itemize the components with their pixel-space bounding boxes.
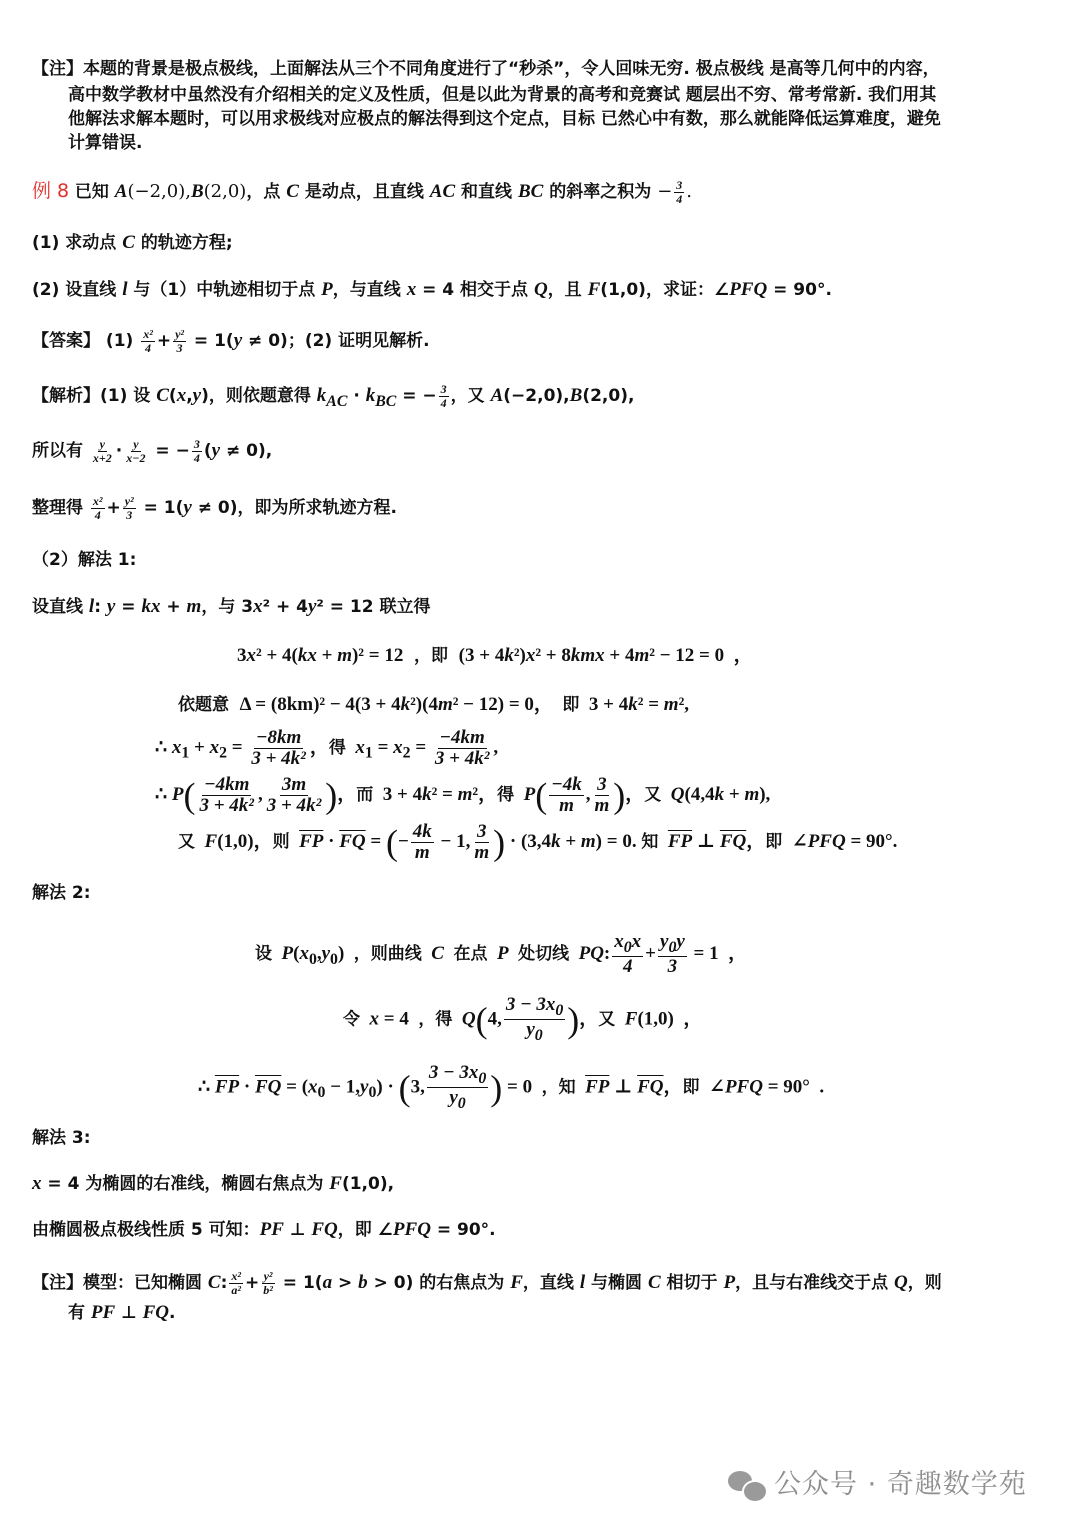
method-1-line-1: 设直线 l: y = kx + m，与 3x² + 4y² = 12 联立得: [32, 594, 430, 620]
method-2-line-2: 令 x = 4 ，得 Q(4,3 − 3x0y0)，又 F(1,0) ，: [343, 995, 702, 1045]
watermark: 公众号 · 奇趣数学苑: [728, 1462, 1027, 1501]
answer-tag: 【答案】: [32, 331, 100, 351]
analysis-line-3: 整理得 x²4+y²3 = 1(y ≠ 0)，即为所求轨迹方程.: [32, 495, 397, 521]
note-line-3: 他解法求解本题时，可以用求极线对应极点的解法得到这个定点，目标 已然心中有数，那…: [68, 106, 941, 132]
example-label: 例 8: [32, 180, 69, 202]
method-2-line-3: ∴ FP · FQ = (x0 − 1,y0) · (3,3 − 3x0y0) …: [198, 1063, 824, 1113]
note-line-2: 高中数学教材中虽然没有介绍相关的定义及性质，但是以此为背景的高考和竞赛试 题层出…: [68, 82, 936, 108]
method-1-line-4: ∴ x1 + x2 = −8km3 + 4k²，得 x1 = x2 = −4km…: [155, 728, 498, 769]
answer-line: 【答案】 (1) x²4+y²3 = 1(y ≠ 0)；(2) 证明见解析.: [32, 328, 430, 354]
analysis-tag: 【解析】: [32, 386, 100, 406]
method-3-title: 解法 3:: [32, 1125, 91, 1151]
method-1-line-6: 又 F(1,0)，则 FP · FQ = (−4km − 1,3m) · (3,…: [178, 822, 897, 863]
wechat-icon: [728, 1471, 766, 1501]
note-tag: 【注】: [32, 59, 83, 79]
question-2: (2) 设直线 l 与（1）中轨迹相切于点 P，与直线 x = 4 相交于点 Q…: [32, 277, 832, 303]
method-3-line-1: x = 4 为椭圆的右准线，椭圆右焦点为 F(1,0),: [32, 1171, 394, 1197]
method-2-line-1: 设 P(x0,y0) ，则曲线 C 在点 P 处切线 PQ:x0x4+y0y3 …: [255, 932, 747, 977]
question-1: (1) 求动点 C 的轨迹方程;: [32, 230, 233, 256]
note-2-line-2: 有 PF ⊥ FQ.: [68, 1300, 175, 1326]
method-1-line-2: 3x² + 4(kx + m)² = 12 ，即 (3 + 4k²)x² + 8…: [237, 643, 753, 669]
method-1-line-5: ∴ P(−4km3 + 4k²,3m3 + 4k²)，而 3 + 4k² = m…: [155, 775, 770, 816]
method-3-line-2: 由椭圆极点极线性质 5 可知：PF ⊥ FQ，即 ∠PFQ = 90°.: [32, 1217, 496, 1243]
note-2-tag: 【注】: [32, 1273, 83, 1293]
note-2-line-1: 【注】模型：已知椭圆 C:x²a²+y²b² = 1(a > b > 0) 的右…: [32, 1270, 942, 1296]
example-statement: 例 8 已知 A(−2,0),B(2,0)，点 C 是动点，且直线 AC 和直线…: [32, 178, 692, 205]
analysis-line-1: 【解析】(1) 设 C(x,y)，则依题意得 kAC · kBC = −34，又…: [32, 383, 634, 415]
method-1-title: （2）解法 1:: [32, 547, 136, 573]
note-line-4: 计算错误.: [68, 130, 142, 156]
note-line-1: 本题的背景是极点极线，上面解法从三个不同角度进行了“秒杀”，令人回味无穷. 极点…: [83, 59, 940, 79]
watermark-text: 公众号 · 奇趣数学苑: [774, 1469, 1027, 1500]
method-2-title: 解法 2:: [32, 880, 91, 906]
analysis-line-2: 所以有 yx+2·yx−2 = −34(y ≠ 0),: [32, 438, 272, 464]
method-1-line-3: 依题意 Δ = (8km)² − 4(3 + 4k²)(4m² − 12) = …: [178, 692, 689, 718]
